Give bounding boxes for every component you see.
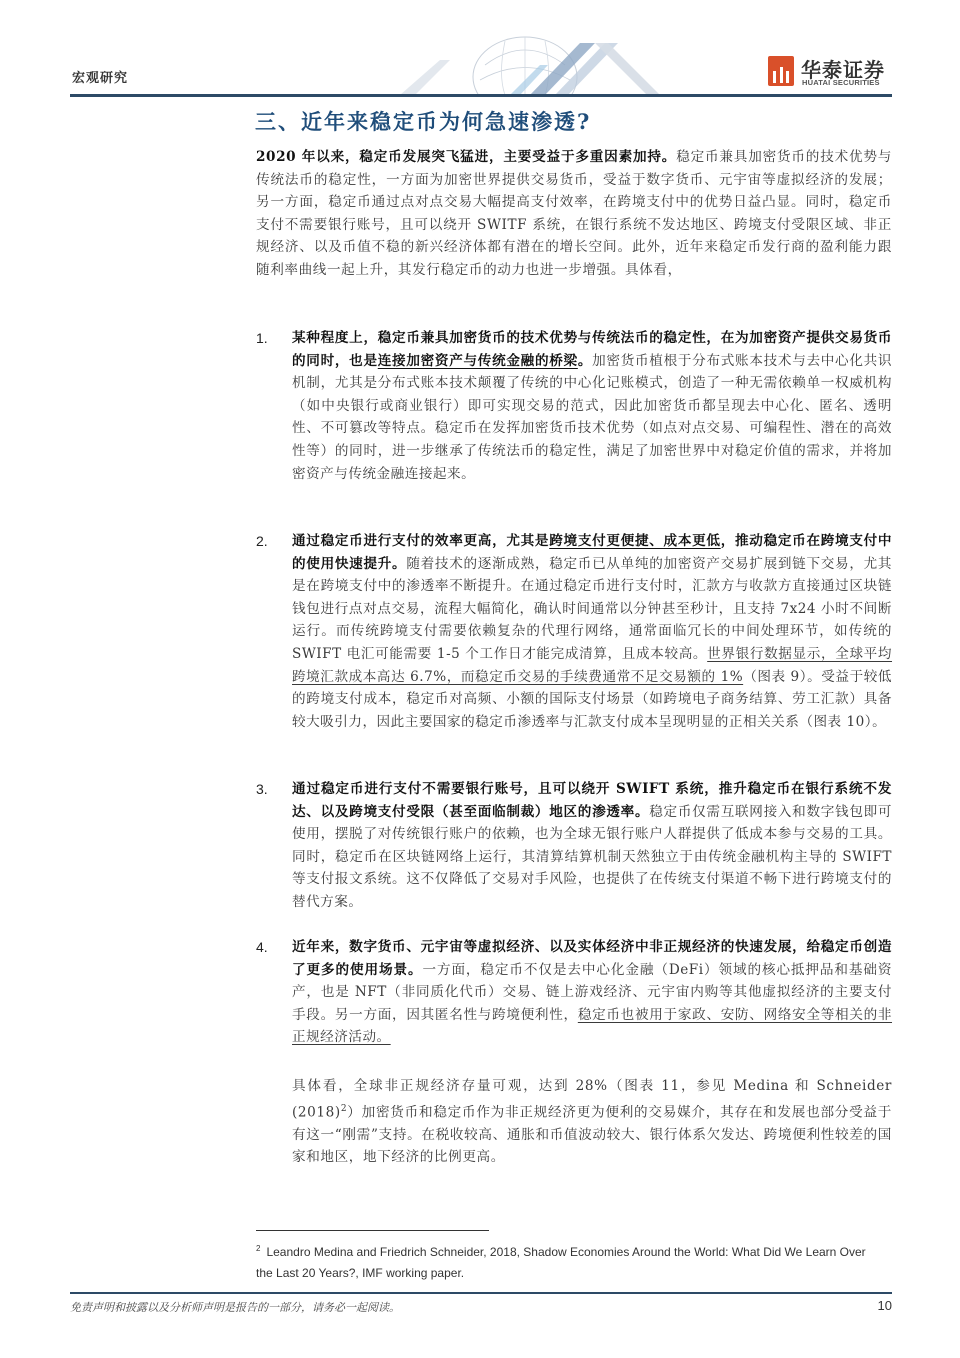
- list-item-text: 通过稳定币进行支付的效率更高，尤其是跨境支付更便捷、成本更低，推动稳定币在跨境支…: [292, 530, 892, 733]
- huatai-logo-icon: [768, 56, 794, 86]
- item-lead: 通过稳定币进行支付的效率更高，尤其是: [292, 533, 549, 549]
- page-number: 10: [878, 1298, 892, 1313]
- list-number: 2.: [256, 530, 268, 553]
- footnote-marker: 2: [256, 1244, 260, 1253]
- item-body: 加密货币植根于分布式账本技术与去中心化共识机制，尤其是分布式账本技术颠覆了传统的…: [292, 353, 892, 482]
- page-header: 宏观研究 华泰证券 HUATAI SECURITIES: [0, 0, 960, 96]
- item-lead-end: 。: [578, 353, 592, 369]
- footer-divider: [70, 1292, 892, 1294]
- huatai-securities-logo: 华泰证券 HUATAI SECURITIES: [768, 54, 893, 90]
- intro-body: 稳定币兼具加密货币的技术优势与传统法币的稳定性，一方面为加密世界提供交易货币，受…: [256, 149, 892, 278]
- intro-lead: 2020 年以来，稳定币发展突飞猛进，主要受益于多重因素加持。: [256, 149, 676, 165]
- list-item-text: 近年来，数字货币、元宇宙等虚拟经济、以及实体经济中非正规经济的快速发展，给稳定币…: [292, 936, 892, 1049]
- detail-text-end: ）加密货币和稳定币作为非正规经济更为便利的交易媒介，其存在和发展也部分受益于有这…: [292, 1104, 892, 1165]
- footnote-text: Leandro Medina and Friedrich Schneider, …: [256, 1245, 866, 1280]
- list-item-text: 某种程度上，稳定币兼具加密货币的技术优势与传统法币的稳定性，在为加密资产提供交易…: [292, 327, 892, 485]
- list-number: 1.: [256, 327, 268, 350]
- section-title: 三、近年来稳定币为何急速渗透?: [255, 106, 591, 136]
- disclaimer-text: 免责声明和披露以及分析师声明是报告的一部分，请务必一起阅读。: [70, 1299, 400, 1315]
- list-number: 3.: [256, 778, 268, 801]
- list-item-text: 通过稳定币进行支付不需要银行账号，且可以绕开 SWIFT 系统，推升稳定币在银行…: [292, 778, 892, 914]
- logo-name-en: HUATAI SECURITIES: [802, 78, 880, 87]
- header-divider: [70, 94, 892, 97]
- item-lead-underlined: 跨境支付更便捷、成本更低: [549, 533, 720, 549]
- globe-decoration-icon: [380, 35, 680, 95]
- item-lead-underlined: 连接加密资产与传统金融的桥梁: [378, 353, 578, 369]
- footnote: 2Leandro Medina and Friedrich Schneider,…: [256, 1238, 876, 1284]
- department-label: 宏观研究: [72, 67, 128, 86]
- list-number: 4.: [256, 936, 268, 959]
- detail-paragraph: 具体看，全球非正规经济存量可观，达到 28%（图表 11，参见 Medina 和…: [292, 1075, 892, 1169]
- footnote-divider: [256, 1230, 489, 1231]
- intro-paragraph: 2020 年以来，稳定币发展突飞猛进，主要受益于多重因素加持。稳定币兼具加密货币…: [256, 146, 892, 282]
